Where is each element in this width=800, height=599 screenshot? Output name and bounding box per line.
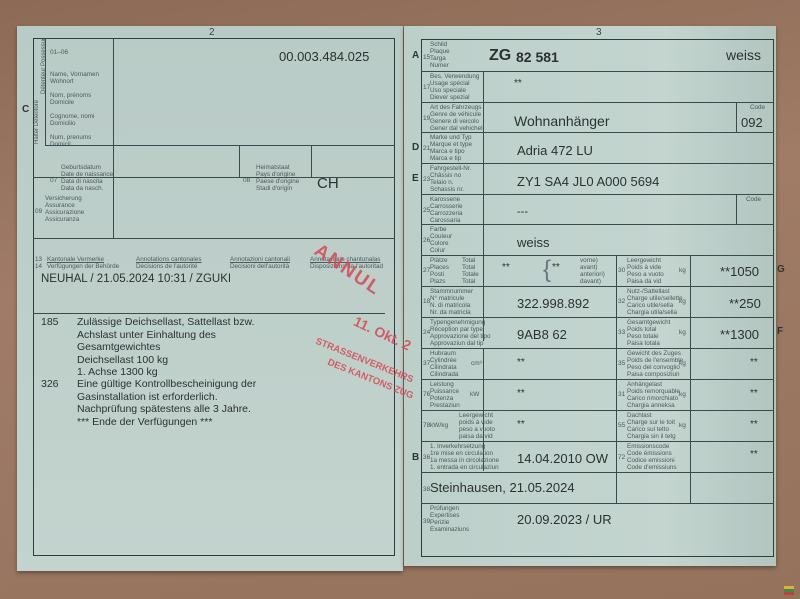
registry-number-value: 322.998.892	[517, 296, 589, 311]
payload-value: **250	[729, 296, 761, 311]
first-registration-value: 14.04.2010 OW	[517, 451, 608, 466]
total-weight-value: **1300	[720, 327, 759, 342]
seats-front-value: **	[552, 262, 560, 273]
vehicle-type-code: 092	[741, 115, 763, 130]
document-number: 00.003.484.025	[279, 49, 369, 64]
color-value: weiss	[517, 235, 550, 250]
empty-weight-value: **1050	[720, 264, 759, 279]
vehicle-type-value: Wohnanhänger	[514, 113, 609, 129]
displacement-value: **	[517, 357, 525, 368]
decision-code-185: 185	[41, 316, 59, 329]
cantonal-entry: NEUHAL / 21.05.2024 10:31 / ZGUKI	[41, 273, 231, 285]
cantonal-header-de: Kantonale VermerkeVerfügungen der Behörd…	[47, 256, 119, 270]
cantonal-header-fr: Annotations cantonalesDécisions de l'aut…	[136, 256, 201, 270]
holder-vertical-label-2: Détenteur Possessur	[41, 38, 47, 94]
decision-text-185: Zulässige Deichsellast, Sattellast bzw.A…	[77, 316, 254, 379]
power-value: **	[517, 388, 525, 399]
holder-labels: Name, VornamenWohnort Nom, prénomsDomici…	[50, 71, 99, 148]
special-use-value: **	[514, 78, 522, 89]
insurance-label: VersicherungAssuranceAssicurazioneAssicu…	[45, 195, 84, 223]
train-weight-value: **	[750, 357, 758, 368]
inspections-value: 20.09.2023 / UR	[517, 512, 612, 527]
power-weight-value: **	[517, 419, 525, 430]
page-number-right: 3	[596, 27, 602, 38]
plate-prefix: ZG	[489, 47, 511, 65]
cantonal-header-it: Annotazioni cantonaliDecisioni dell'auto…	[230, 256, 290, 270]
type-approval-value: 9AB8 62	[517, 327, 567, 342]
section-letter-c: C	[22, 104, 29, 115]
body-value: ---	[517, 206, 528, 218]
seats-total-value: **	[502, 262, 510, 273]
right-page: 3 A 15 SchildPlaqueTargaNumer ZG 82 581 …	[404, 26, 776, 566]
watermark-logo-icon	[784, 586, 794, 595]
left-page: 2 C Halter Detentore Détenteur Possessur…	[17, 26, 403, 571]
holder-field-number: 01–06	[50, 49, 68, 56]
trailer-load-value: **	[750, 388, 758, 399]
decision-code-326: 326	[41, 378, 59, 391]
plate-number: 82 581	[516, 49, 559, 65]
emission-code-value: **	[750, 449, 758, 460]
holder-vertical-label-1: Halter Detentore	[34, 100, 40, 144]
home-country-label: HeimatstaatPays d'originePaese d'origine…	[256, 164, 299, 192]
make-model-value: Adria 472 LU	[517, 143, 593, 158]
birth-date-label: GeburtsdatumDate de naissanceData di nas…	[61, 164, 113, 192]
decision-text-326: Eine gültige Kontrollbescheinigung derGa…	[77, 378, 256, 428]
place-date-value: Steinhausen, 21.05.2024	[430, 480, 575, 495]
roof-load-value: **	[750, 419, 758, 430]
page-number-left: 2	[209, 27, 215, 38]
chassis-value: ZY1 SA4 JL0 A000 5694	[517, 174, 659, 189]
plate-color: weiss	[726, 47, 761, 63]
